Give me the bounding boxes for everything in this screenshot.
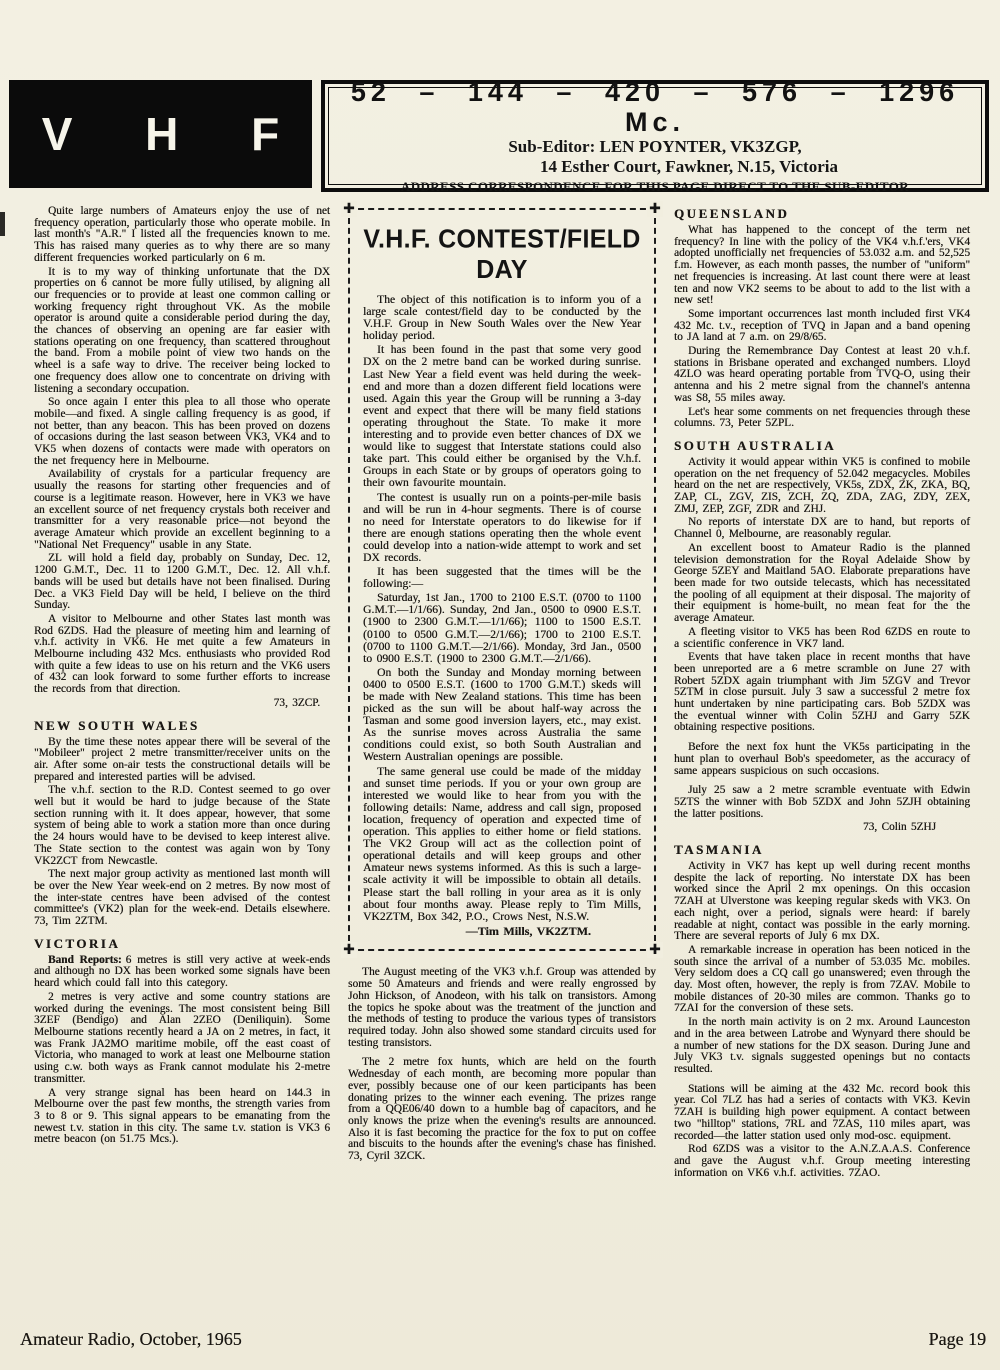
contest-field-day-box: ✚ ✚ ✚ ✚ V.H.F. CONTEST/FIELD DAY The obj… [348,208,656,951]
paragraph: What has happened to the concept of the … [674,225,970,307]
paragraph: It has been suggested that the times wil… [363,566,641,590]
paragraph: A very strange signal has been heard on … [34,1088,330,1147]
paragraph: A remarkable increase in operation has b… [674,945,970,1015]
column-1: Quite large numbers of Amateurs enjoy th… [34,206,330,1181]
paragraph: By the time these notes appear there wil… [34,737,330,784]
corner-cross-icon: ✚ [647,201,663,217]
sub-editor-address: 14 Esther Court, Fawkner, N.15, Victoria [369,157,1000,177]
paragraph: A fleeting visitor to VK5 has been Rod 6… [674,627,970,650]
paragraph: Some important occurrences last month in… [674,309,970,344]
paragraph: Before the next fox hunt the VK5s partic… [674,742,970,777]
paragraph: A visitor to Melbourne and other States … [34,614,330,696]
footer-page-number: Page 19 [929,1329,987,1350]
paragraph: An excellent boost to Amateur Radio is t… [674,543,970,625]
scan-artifact [0,212,5,236]
paragraph: During the Remembrance Day Contest at le… [674,346,970,405]
section-heading-tasmania: TASMANIA [674,842,970,858]
paragraph: 2 metres is very active and some country… [34,992,330,1086]
paragraph: The August meeting of the VK3 v.h.f. Gro… [348,967,656,1049]
paragraph: It has been found in the past that some … [363,344,641,489]
paragraph: The same general use could be made of th… [363,766,641,923]
paragraph: No reports of interstate DX are to hand,… [674,517,970,540]
paragraph: The contest is usually run on a points-p… [363,492,641,565]
paragraph: Saturday, 1st Jan., 1700 to 2100 E.S.T. … [363,592,641,665]
paragraph: Stations will be aiming at the 432 Mc. r… [674,1084,970,1143]
sub-editor-line: Sub-Editor: LEN POYNTER, VK3ZGP, [335,137,975,157]
column-3: QUEENSLAND What has happened to the conc… [674,206,970,1181]
paragraph: ZL will hold a field day, probably on Su… [34,553,330,612]
corner-cross-icon: ✚ [341,942,357,958]
paragraph: Activity in VK7 has kept up well during … [674,861,970,943]
contest-box-title: V.H.F. CONTEST/FIELD DAY [363,225,641,286]
column-2: ✚ ✚ ✚ ✚ V.H.F. CONTEST/FIELD DAY The obj… [348,206,656,1181]
paragraph: July 25 saw a 2 metre scramble eventuate… [674,785,970,820]
section-heading-south-australia: SOUTH AUSTRALIA [674,438,970,454]
signature-3zcp: 73, 3ZCP. [34,698,330,710]
signature-tim-mills: —Tim Mills, VK2ZTM. [363,926,641,938]
section-heading-new-south-wales: NEW SOUTH WALES [34,718,330,734]
paragraph: Let's hear some comments on net frequenc… [674,407,970,430]
section-heading-victoria: VICTORIA [34,936,330,952]
paragraph: Quite large numbers of Amateurs enjoy th… [34,206,330,265]
magazine-page: V H F 52 – 144 – 420 – 576 – 1296 Mc. Su… [0,0,1000,1370]
paragraph: It is to my way of thinking unfortunate … [34,267,330,396]
corner-cross-icon: ✚ [647,942,663,958]
paragraph: Rod 6ZDS was a visitor to the A.N.Z.A.A.… [674,1144,970,1179]
page-header: V H F 52 – 144 – 420 – 576 – 1296 Mc. Su… [9,80,989,192]
corner-cross-icon: ✚ [341,201,357,217]
paragraph: So once again I enter this plea to all t… [34,397,330,467]
paragraph: Events that have taken place in recent m… [674,652,970,734]
vhf-logo: V H F [9,80,312,188]
paragraph: The object of this notification is to in… [363,294,641,342]
footer-magazine-title: Amateur Radio, October, 1965 [20,1329,242,1350]
section-heading-queensland: QUEENSLAND [674,206,970,222]
paragraph: The next major group activity as mention… [34,869,330,928]
paragraph: Availability of crystals for a particula… [34,469,330,551]
correspondence-note: ADDRESS CORRESPONDENCE FOR THIS PAGE DIR… [335,178,975,195]
paragraph: On both the Sunday and Monday morning be… [363,667,641,764]
paragraph: The 2 metre fox hunts, which are held on… [348,1057,656,1162]
paragraph-band-reports: Band Reports:6 metres is still very acti… [34,955,330,990]
columns: Quite large numbers of Amateurs enjoy th… [34,206,970,1181]
header-panel: 52 – 144 – 420 – 576 – 1296 Mc. Sub-Edit… [321,80,989,192]
frequencies-line: 52 – 144 – 420 – 576 – 1296 Mc. [335,77,975,137]
paragraph: In the north main activity is on 2 mx. A… [674,1017,970,1076]
header-panel-inner: 52 – 144 – 420 – 576 – 1296 Mc. Sub-Edit… [328,87,982,185]
signature-colin-5zhj: 73, Colin 5ZHJ [674,822,970,834]
paragraph: Activity it would appear within VK5 is c… [674,457,970,516]
band-reports-label: Band Reports: [48,954,122,966]
paragraph: The v.h.f. section to the R.D. Contest s… [34,785,330,867]
